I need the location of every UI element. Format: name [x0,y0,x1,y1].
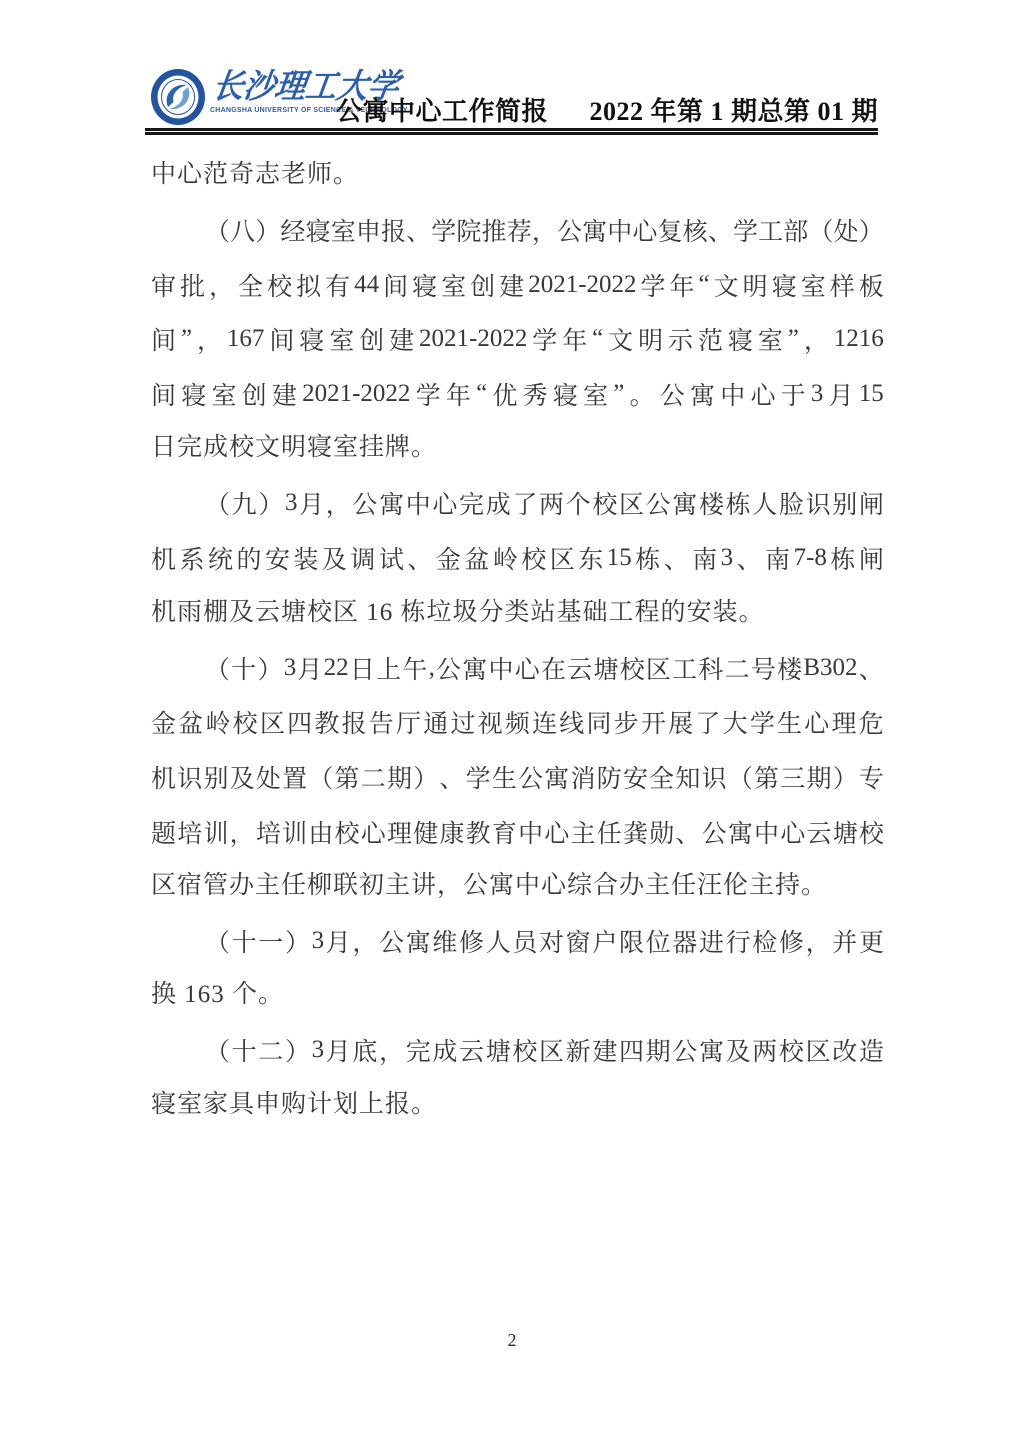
text-line: 换 163 个。 [151,968,884,1023]
text-line: 日完成校文明寝室挂牌。 [151,421,884,476]
text-line: 机识别及处置（第二期）、学生公寓消防安全知识（第三期）专 [151,750,884,805]
header-double-rule [145,128,878,135]
text-line: 间”，167间寝室创建2021-2022学年“文明示范寝室”，1216 [151,312,884,367]
text-line: （九）3月，公寓中心完成了两个校区公寓楼栋人脸识别闸 [151,476,884,531]
text-line: （十一）3月，公寓维修人员对窗户限位器进行检修，并更 [151,914,884,969]
text-line: 间寝室创建2021-2022学年“优秀寝室”。公寓中心于3月15 [151,367,884,422]
text-line: 金盆岭校区四教报告厅通过视频连线同步开展了大学生心理危 [151,695,884,750]
text-line: 机系统的安装及调试、金盆岭校区东15栋、南3、南7-8栋闸 [151,531,884,586]
text-line: （八）经寝室申报、学院推荐，公寓中心复核、学工部（处） [151,203,884,258]
issue-info: 2022 年第 1 期总第 01 期 [589,91,878,128]
document-header: 长沙理工大学 CHANGSHA UNIVERSITY OF SCIENCE & … [150,62,878,128]
text-line: 中心范奇志老师。 [151,148,884,203]
text-line: （十）3月22日上午,公寓中心在云塘校区工科二号楼B302、 [151,640,884,695]
document-body: 中心范奇志老师。（八）经寝室申报、学院推荐，公寓中心复核、学工部（处）审批，全校… [151,148,884,1132]
text-line: 区宿管办主任柳联初主讲，公寓中心综合办主任汪伦主持。 [151,859,884,914]
text-line: （十二）3月底，完成云塘校区新建四期公寓及两校区改造 [151,1023,884,1078]
text-line: 机雨棚及云塘校区 16 栋垃圾分类站基础工程的安装。 [151,586,884,641]
university-emblem-icon [150,68,206,126]
text-line: 寝室家具申购计划上报。 [151,1078,884,1133]
bulletin-title: 公寓中心工作简报 [336,91,548,128]
text-line: 审批，全校拟有44间寝室创建2021-2022学年“文明寝室样板 [151,257,884,312]
page-number: 2 [0,1330,1024,1351]
text-line: 题培训，培训由校心理健康教育中心主任龚勋、公寓中心云塘校 [151,804,884,859]
